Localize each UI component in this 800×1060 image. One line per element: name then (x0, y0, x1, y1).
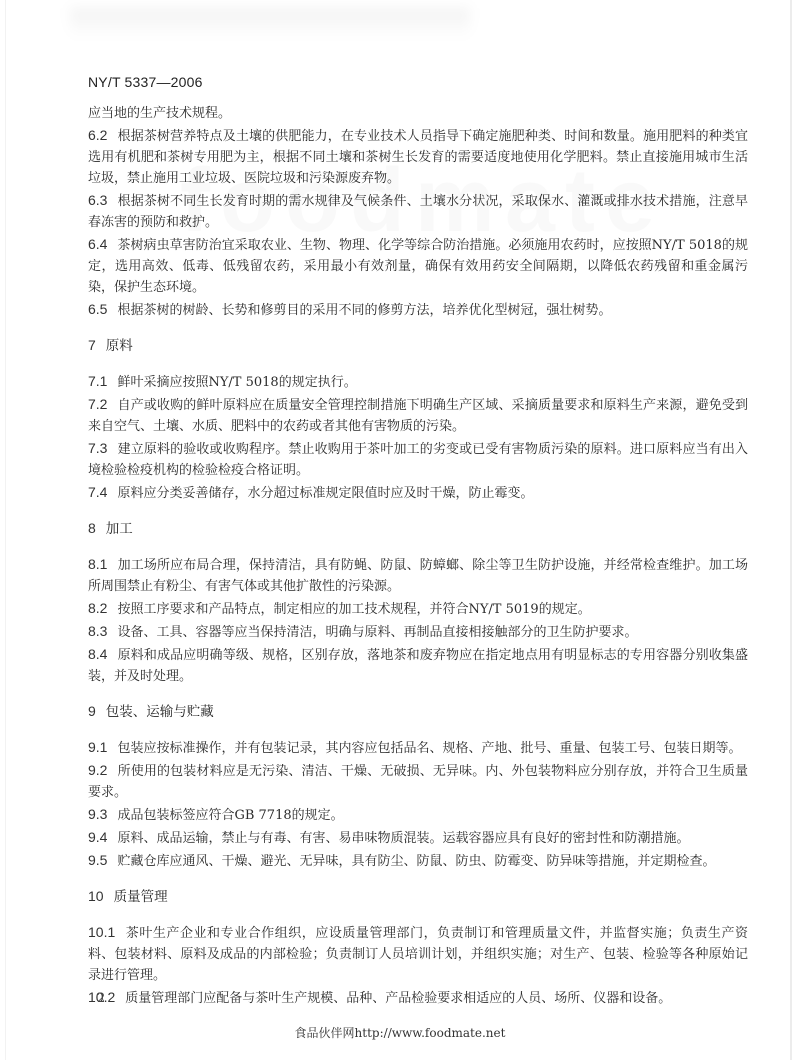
clause-8-2: 8.2按照工序要求和产品特点，制定相应的加工技术规程，并符合NY/T 5019的… (88, 598, 748, 620)
clause-text: 原料应分类妥善储存，水分超过标准规定限值时应及时干燥，防止霉变。 (117, 486, 533, 501)
section-heading-7: 7原料 (88, 335, 748, 357)
clause-6-5: 6.5根据茶树的树龄、长势和修剪目的采用不同的修剪方法，培养优化型树冠，强壮树势… (88, 299, 748, 321)
standard-code-header: NY/T 5337—2006 (88, 74, 203, 90)
clause-text: 成品包装标签应符合GB 7718的规定。 (117, 808, 343, 823)
clause-text: 原料和成品应明确等级、规格，区别存放，落地茶和废弃物应在指定地点用有明显标志的专… (88, 648, 748, 684)
clause-number: 9.2 (88, 762, 107, 778)
clause-number: 6.2 (88, 127, 107, 143)
clause-number: 7.2 (88, 396, 107, 412)
clause-text: 茶叶生产企业和专业合作组织，应设质量管理部门，负责制订和管理质量文件，并监督实施… (88, 926, 748, 983)
section-number: 8 (88, 520, 96, 536)
scan-right-edge (790, 0, 792, 1060)
clause-7-3: 7.3建立原料的验收或收购程序。禁止收购用于茶叶加工的劣变或已受有害物质污染的原… (88, 438, 748, 481)
section-title: 质量管理 (114, 889, 168, 905)
lead-in-paragraph: 应当地的生产技术规程。 (88, 103, 748, 124)
clause-number: 9.4 (88, 829, 107, 845)
clause-text: 所使用的包装材料应是无污染、清洁、干燥、无破损、无异味。内、外包装物料应分别存放… (88, 764, 748, 800)
clause-text: 建立原料的验收或收购程序。禁止收购用于茶叶加工的劣变或已受有害物质污染的原料。进… (88, 442, 748, 478)
clause-text: 原料、成品运输，禁止与有毒、有害、易串味物质混装。运载容器应具有良好的密封性和防… (117, 831, 689, 846)
document-body: 应当地的生产技术规程。 6.2根据茶树营养特点及土壤的供肥能力，在专业技术人员指… (88, 103, 748, 1010)
section-title: 包装、运输与贮藏 (106, 704, 214, 720)
clause-number: 6.3 (88, 192, 107, 208)
clause-6-4: 6.4茶树病虫草害防治宜采取农业、生物、物理、化学等综合防治措施。必须施用农药时… (88, 234, 748, 298)
clause-6-2: 6.2根据茶树营养特点及土壤的供肥能力，在专业技术人员指导下确定施肥种类、时间和… (88, 125, 748, 189)
clause-10-1: 10.1茶叶生产企业和专业合作组织，应设质量管理部门，负责制订和管理质量文件，并… (88, 922, 748, 986)
page-number: 2 (97, 991, 105, 1006)
clause-7-4: 7.4原料应分类妥善储存，水分超过标准规定限值时应及时干燥，防止霉变。 (88, 482, 748, 504)
clause-number: 7.1 (88, 373, 107, 389)
clause-7-1: 7.1鲜叶采摘应按照NY/T 5018的规定执行。 (88, 371, 748, 393)
clause-number: 10.1 (88, 924, 115, 940)
section-title: 原料 (106, 338, 133, 354)
paragraph-text: 应当地的生产技术规程。 (88, 106, 231, 121)
section-number: 10 (88, 888, 104, 904)
clause-number: 9.5 (88, 852, 107, 868)
clause-number: 6.4 (88, 236, 107, 252)
clause-number: 7.4 (88, 484, 107, 500)
clause-number: 6.5 (88, 301, 107, 317)
clause-text: 按照工序要求和产品特点，制定相应的加工技术规程，并符合NY/T 5019的规定。 (117, 602, 590, 617)
section-heading-8: 8加工 (88, 518, 748, 540)
clause-text: 根据茶树的树龄、长势和修剪目的采用不同的修剪方法，培养优化型树冠，强壮树势。 (117, 303, 611, 318)
clause-6-3: 6.3根据茶树不同生长发育时期的需水规律及气候条件、土壤水分状况，采取保水、灌溉… (88, 190, 748, 233)
clause-9-1: 9.1包装应按标准操作，并有包装记录，其内容应包括品名、规格、产地、批号、重量、… (88, 737, 748, 759)
clause-number: 8.2 (88, 600, 107, 616)
section-number: 7 (88, 337, 96, 353)
scan-top-shadow (70, 8, 470, 38)
clause-number: 8.3 (88, 623, 107, 639)
clause-number: 9.1 (88, 739, 107, 755)
clause-7-2: 7.2自产或收购的鲜叶原料应在质量安全管理控制措施下明确生产区域、采摘质量要求和… (88, 394, 748, 437)
clause-number: 9.3 (88, 806, 107, 822)
clause-text: 茶树病虫草害防治宜采取农业、生物、物理、化学等综合防治措施。必须施用农药时，应按… (88, 238, 748, 295)
section-heading-10: 10质量管理 (88, 886, 748, 908)
clause-9-5: 9.5贮藏仓库应通风、干燥、避光、无异味，具有防尘、防鼠、防虫、防霉变、防异味等… (88, 850, 748, 872)
clause-8-3: 8.3设备、工具、容器等应当保持清洁，明确与原料、再制品直接相接触部分的卫生防护… (88, 621, 748, 643)
clause-text: 鲜叶采摘应按照NY/T 5018的规定执行。 (117, 375, 356, 390)
clause-8-1: 8.1加工场所应布局合理，保持清洁，具有防蝇、防鼠、防蟑螂、除尘等卫生防护设施，… (88, 554, 748, 597)
clause-text: 根据茶树营养特点及土壤的供肥能力，在专业技术人员指导下确定施肥种类、时间和数量。… (88, 129, 748, 186)
clause-text: 包装应按标准操作，并有包装记录，其内容应包括品名、规格、产地、批号、重量、包装工… (117, 741, 741, 756)
clause-10-2: 10.2质量管理部门应配备与茶叶生产规模、品种、产品检验要求相适应的人员、场所、… (88, 987, 748, 1009)
scan-left-edge (5, 0, 6, 1060)
clause-number: 8.1 (88, 556, 107, 572)
section-title: 加工 (106, 521, 133, 537)
clause-8-4: 8.4原料和成品应明确等级、规格，区别存放，落地茶和废弃物应在指定地点用有明显标… (88, 644, 748, 687)
clause-text: 设备、工具、容器等应当保持清洁，明确与原料、再制品直接相接触部分的卫生防护要求。 (117, 625, 637, 640)
clause-text: 贮藏仓库应通风、干燥、避光、无异味，具有防尘、防鼠、防虫、防霉变、防异味等措施，… (117, 854, 715, 869)
section-number: 9 (88, 703, 96, 719)
clause-9-3: 9.3成品包装标签应符合GB 7718的规定。 (88, 804, 748, 826)
clause-9-4: 9.4原料、成品运输，禁止与有毒、有害、易串味物质混装。运载容器应具有良好的密封… (88, 827, 748, 849)
footer-source-link: 食品伙伴网http://www.foodmate.net (0, 1024, 800, 1041)
clause-text: 质量管理部门应配备与茶叶生产规模、品种、产品检验要求相适应的人员、场所、仪器和设… (125, 991, 671, 1006)
section-heading-9: 9包装、运输与贮藏 (88, 701, 748, 723)
clause-text: 自产或收购的鲜叶原料应在质量安全管理控制措施下明确生产区域、采摘质量要求和原料生… (88, 398, 748, 434)
clause-number: 7.3 (88, 440, 107, 456)
clause-9-2: 9.2所使用的包装材料应是无污染、清洁、干燥、无破损、无异味。内、外包装物料应分… (88, 760, 748, 803)
clause-text: 加工场所应布局合理，保持清洁，具有防蝇、防鼠、防蟑螂、除尘等卫生防护设施，并经常… (88, 558, 748, 594)
clause-number: 8.4 (88, 646, 107, 662)
clause-text: 根据茶树不同生长发育时期的需水规律及气候条件、土壤水分状况，采取保水、灌溉或排水… (88, 194, 748, 230)
